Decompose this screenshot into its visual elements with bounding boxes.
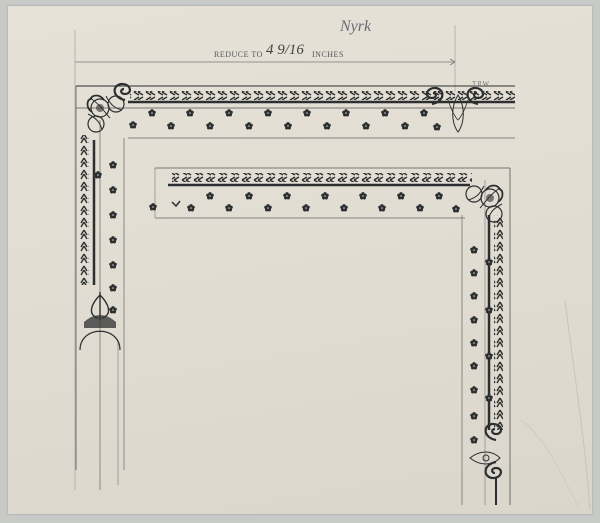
rosettes-outer-left	[94, 161, 117, 313]
dimension-value: 4 9/16	[266, 42, 304, 59]
corner-ornament-top-left	[88, 96, 125, 133]
margin-note: TRW	[472, 80, 490, 88]
rosettes-inner-top	[149, 192, 460, 212]
dimension-label-suffix: INCHES	[312, 50, 344, 59]
dimension-label-prefix: REDUCE TO	[214, 50, 263, 59]
rosettes-outer-top	[129, 109, 441, 130]
ornamental-border-drawing	[0, 0, 600, 523]
signature: Nyrk	[340, 18, 371, 36]
